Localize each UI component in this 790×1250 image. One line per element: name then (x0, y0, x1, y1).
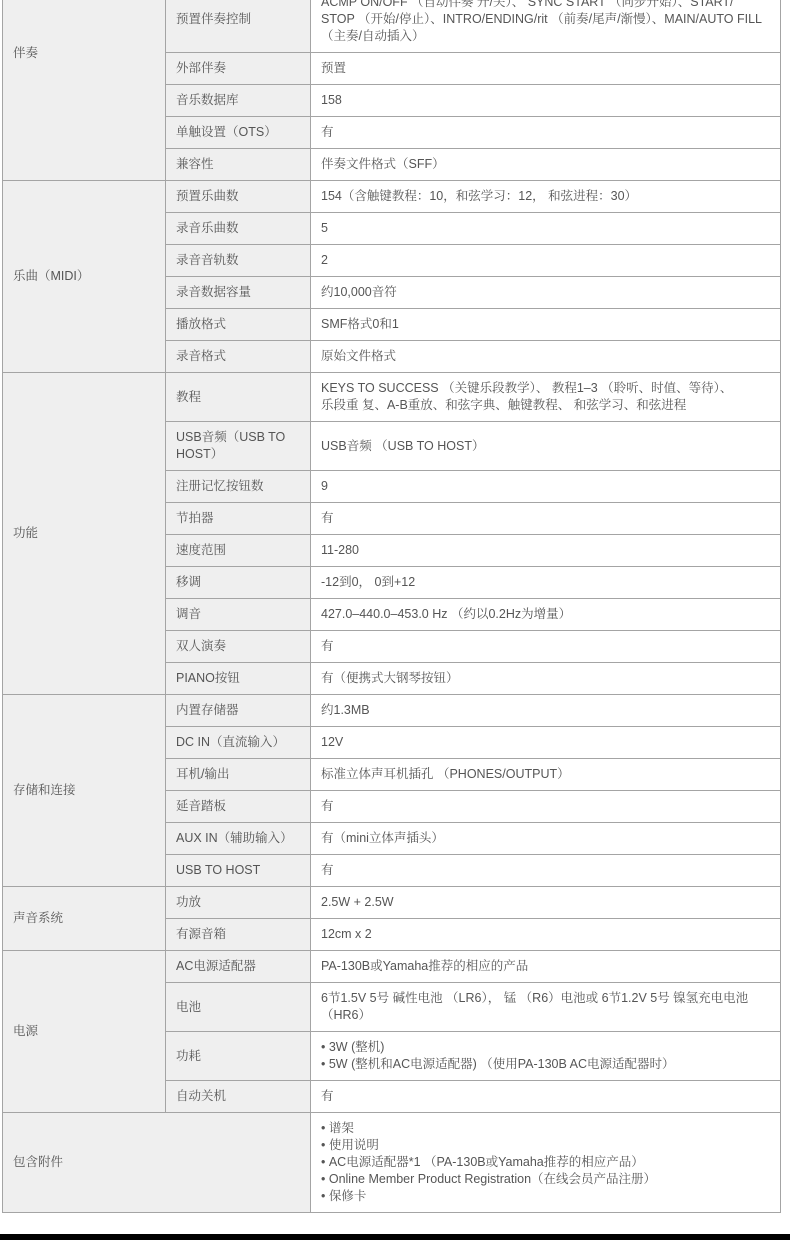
spec-value-cell: 12V (311, 727, 781, 759)
category-cell: 电源 (3, 951, 166, 1113)
spec-value-cell: -12到0， 0到+12 (311, 567, 781, 599)
spec-value-cell: 有（便携式大钢琴按钮） (311, 663, 781, 695)
spec-value-cell: 标准立体声耳机插孔 （PHONES/OUTPUT） (311, 759, 781, 791)
category-cell: 存储和连接 (3, 695, 166, 887)
spec-label-cell: 功耗 (166, 1032, 311, 1081)
spec-value-cell: ACMP ON/OFF （自动伴奏 开/关）、 SYNC START （同步开始… (311, 0, 781, 53)
spec-row: 包含附件• 谱架 • 使用说明 • AC电源适配器*1 （PA-130B或Yam… (3, 1113, 781, 1213)
spec-value-cell: 原始文件格式 (311, 341, 781, 373)
spec-label-cell: 双人演奏 (166, 631, 311, 663)
spec-value-cell: 约1.3MB (311, 695, 781, 727)
spec-value-cell: USB音频 （USB TO HOST） (311, 422, 781, 471)
spec-label-cell: 自动关机 (166, 1081, 311, 1113)
spec-value-cell: • 3W (整机) • 5W (整机和AC电源适配器) （使用PA-130B A… (311, 1032, 781, 1081)
spec-value-cell: SMF格式0和1 (311, 309, 781, 341)
spec-value-cell: 有（mini立体声插头） (311, 823, 781, 855)
spec-value-cell: 约10,000音符 (311, 277, 781, 309)
spec-label-cell: USB音频（USB TO HOST） (166, 422, 311, 471)
spec-label-cell: 单触设置（OTS） (166, 117, 311, 149)
spec-table-container: 伴奏预置伴奏控制ACMP ON/OFF （自动伴奏 开/关）、 SYNC STA… (2, 0, 780, 1213)
spec-label-cell: USB TO HOST (166, 855, 311, 887)
category-cell: 功能 (3, 373, 166, 695)
spec-value-cell: • 谱架 • 使用说明 • AC电源适配器*1 （PA-130B或Yamaha推… (311, 1113, 781, 1213)
spec-value-cell: 2.5W + 2.5W (311, 887, 781, 919)
spec-label-cell: PIANO按钮 (166, 663, 311, 695)
spec-value-cell: 9 (311, 471, 781, 503)
spec-label-cell: AC电源适配器 (166, 951, 311, 983)
spec-label-cell: 录音音轨数 (166, 245, 311, 277)
spec-label-cell: DC IN（直流输入） (166, 727, 311, 759)
spec-label-cell: 电池 (166, 983, 311, 1032)
spec-row: 电源AC电源适配器PA-130B或Yamaha推荐的相应的产品 (3, 951, 781, 983)
spec-label-cell: 教程 (166, 373, 311, 422)
spec-row: 声音系统功放2.5W + 2.5W (3, 887, 781, 919)
spec-page: 伴奏预置伴奏控制ACMP ON/OFF （自动伴奏 开/关）、 SYNC STA… (0, 0, 790, 1250)
spec-label-cell: 耳机/输出 (166, 759, 311, 791)
spec-label-cell: 内置存储器 (166, 695, 311, 727)
spec-label-cell: 录音乐曲数 (166, 213, 311, 245)
spec-value-cell: 12cm x 2 (311, 919, 781, 951)
category-cell: 声音系统 (3, 887, 166, 951)
spec-value-cell: 有 (311, 117, 781, 149)
spec-value-cell: 427.0–440.0–453.0 Hz （约以0.2Hz为增量） (311, 599, 781, 631)
spec-label-cell: 兼容性 (166, 149, 311, 181)
spec-row: 乐曲（MIDI）预置乐曲数154（含触键教程：10，和弦学习：12， 和弦进程：… (3, 181, 781, 213)
spec-value-cell: 有 (311, 503, 781, 535)
spec-label-cell: 速度范围 (166, 535, 311, 567)
spec-value-cell: 5 (311, 213, 781, 245)
spec-value-cell: 6节1.5V 5号 碱性电池 （LR6）， 锰 （R6）电池或 6节1.2V 5… (311, 983, 781, 1032)
spec-label-cell: AUX IN（辅助输入） (166, 823, 311, 855)
spec-value-cell: PA-130B或Yamaha推荐的相应的产品 (311, 951, 781, 983)
spec-label-cell: 延音踏板 (166, 791, 311, 823)
spec-table: 伴奏预置伴奏控制ACMP ON/OFF （自动伴奏 开/关）、 SYNC STA… (2, 0, 781, 1213)
spec-value-cell: 有 (311, 855, 781, 887)
spec-label-cell: 注册记忆按钮数 (166, 471, 311, 503)
category-cell: 包含附件 (3, 1113, 311, 1213)
spec-value-cell: 预置 (311, 53, 781, 85)
spec-value-cell: 伴奏文件格式（SFF） (311, 149, 781, 181)
spec-value-cell: 有 (311, 1081, 781, 1113)
spec-label-cell: 录音数据容量 (166, 277, 311, 309)
spec-label-cell: 音乐数据库 (166, 85, 311, 117)
spec-value-cell: 158 (311, 85, 781, 117)
spec-label-cell: 预置伴奏控制 (166, 0, 311, 53)
spec-value-cell: 有 (311, 631, 781, 663)
spec-label-cell: 调音 (166, 599, 311, 631)
spec-value-cell: 有 (311, 791, 781, 823)
spec-label-cell: 外部伴奏 (166, 53, 311, 85)
spec-value-cell: 2 (311, 245, 781, 277)
category-cell: 伴奏 (3, 0, 166, 181)
spec-table-body: 伴奏预置伴奏控制ACMP ON/OFF （自动伴奏 开/关）、 SYNC STA… (3, 0, 781, 1213)
spec-value-cell: 11-280 (311, 535, 781, 567)
spec-label-cell: 有源音箱 (166, 919, 311, 951)
bottom-black-bar (0, 1234, 790, 1240)
spec-row: 伴奏预置伴奏控制ACMP ON/OFF （自动伴奏 开/关）、 SYNC STA… (3, 0, 781, 53)
category-cell: 乐曲（MIDI） (3, 181, 166, 373)
spec-label-cell: 预置乐曲数 (166, 181, 311, 213)
spec-value-cell: 154（含触键教程：10，和弦学习：12， 和弦进程：30） (311, 181, 781, 213)
spec-label-cell: 录音格式 (166, 341, 311, 373)
spec-row: 功能教程KEYS TO SUCCESS （关键乐段教学）、 教程1–3 （聆听、… (3, 373, 781, 422)
spec-row: 存储和连接内置存储器约1.3MB (3, 695, 781, 727)
spec-label-cell: 功放 (166, 887, 311, 919)
spec-value-cell: KEYS TO SUCCESS （关键乐段教学）、 教程1–3 （聆听、时值、等… (311, 373, 781, 422)
spec-label-cell: 播放格式 (166, 309, 311, 341)
spec-label-cell: 节拍器 (166, 503, 311, 535)
spec-label-cell: 移调 (166, 567, 311, 599)
